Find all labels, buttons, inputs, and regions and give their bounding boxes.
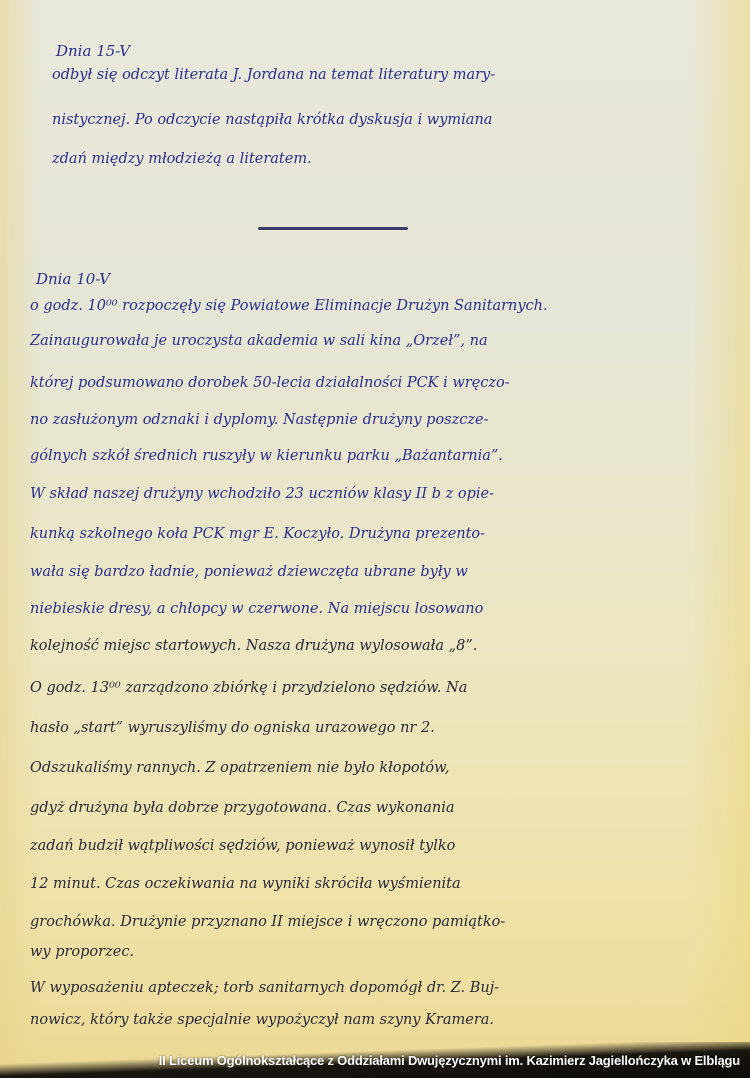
entry2-line-4: no zasłużonym odznaki i dyplomy. Następn…	[30, 412, 488, 428]
entry2-line-14: gdyż drużyna była dobrze przygotowana. C…	[30, 800, 455, 816]
entry2-line-2: Zainaugurowała je uroczysta akademia w s…	[30, 333, 488, 349]
entry2-line-12: hasło „start” wyruszyliśmy do ogniska ur…	[30, 720, 435, 736]
entry2-line-8: wała się bardzo ładnie, ponieważ dziewcz…	[30, 564, 468, 580]
entry2-line-1: o godz. 10⁰⁰ rozpoczęły się Powiatowe El…	[30, 298, 548, 314]
entry2-line-7: kunką szkolnego koła PCK mgr E. Koczyło.…	[30, 526, 485, 542]
section-divider	[258, 227, 408, 230]
entry2-date: Dnia 10-V	[36, 270, 110, 288]
entry2-line-11: O godz. 13⁰⁰ zarządzono zbiórkę i przydz…	[30, 680, 467, 696]
entry1-line-1: odbył się odczyt literata J. Jordana na …	[52, 67, 495, 83]
entry2-line-6: W skład naszej drużyny wchodziło 23 uczn…	[30, 486, 494, 502]
entry2-line-20: nowicz, który także specjalnie wypożyczy…	[30, 1012, 494, 1028]
entry2-line-17: grochówka. Drużynie przyznano II miejsce…	[30, 914, 505, 930]
entry1-line-2: nistycznej. Po odczycie nastąpiła krótka…	[52, 112, 492, 128]
entry2-line-9: niebieskie dresy, a chłopcy w czerwone. …	[30, 601, 483, 617]
entry2-line-16: 12 minut. Czas oczekiwania na wyniki skr…	[30, 876, 461, 892]
entry2-line-5: gólnych szkół średnich ruszyły w kierunk…	[30, 448, 503, 464]
school-watermark: II Liceum Ogólnokształcące z Oddziałami …	[159, 1053, 740, 1068]
entry2-line-3: której podsumowano dorobek 50-lecia dzia…	[30, 375, 510, 391]
entry1-line-3: zdań między młodzieżą a literatem.	[52, 151, 312, 167]
entry2-line-18: wy proporzec.	[30, 944, 134, 960]
entry1-date: Dnia 15-V	[56, 42, 130, 60]
entry2-line-15: zadań budził wątpliwości sędziów, poniew…	[30, 838, 455, 854]
entry2-line-19: W wyposażeniu apteczek; torb sanitarnych…	[30, 980, 499, 996]
entry2-line-13: Odszukaliśmy rannych. Z opatrzeniem nie …	[30, 760, 449, 776]
page-edge-right	[690, 0, 750, 1078]
entry1-line-1-text: odbył się odczyt literata J. Jordana na …	[52, 67, 495, 83]
entry2-line-10: kolejność miejsc startowych. Nasza druży…	[30, 638, 477, 654]
